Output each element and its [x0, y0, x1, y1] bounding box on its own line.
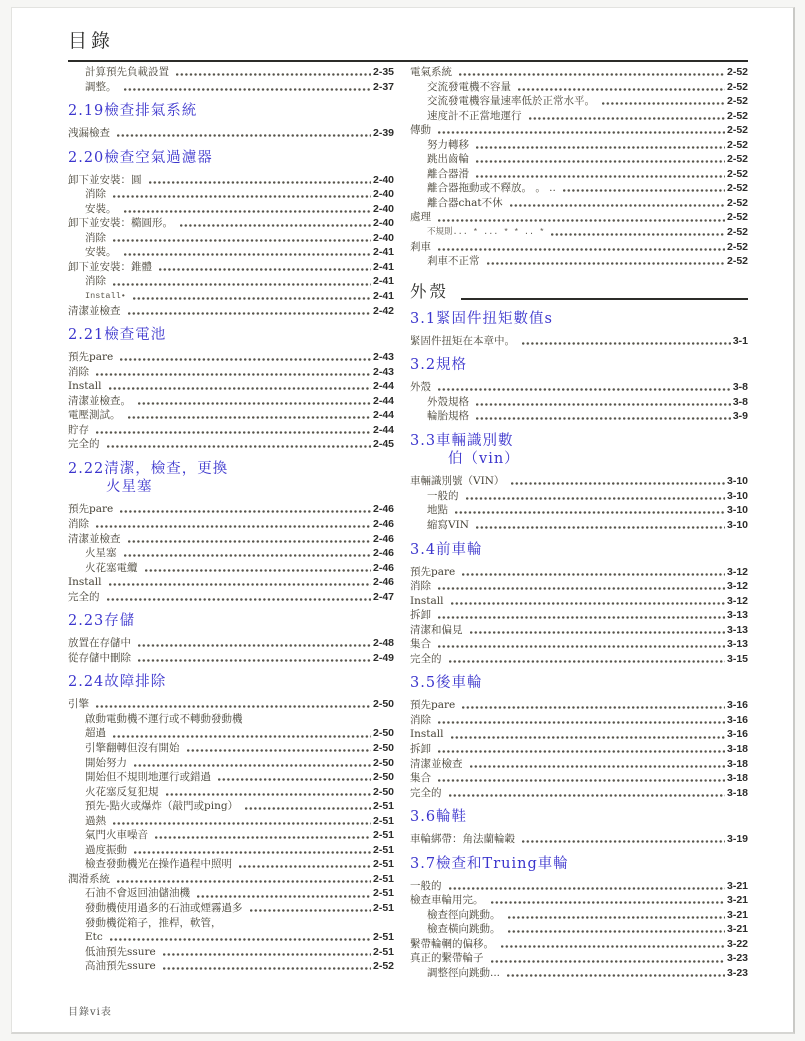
toc-page-number: 3-21 [727, 908, 748, 923]
toc-entry[interactable]: 開始努力2-50 [68, 756, 394, 771]
chapter-heading: 2.24故障排除 [68, 673, 394, 692]
dot-leader [107, 444, 371, 449]
toc-page-number: 2-44 [373, 423, 394, 438]
toc-entry-text: 剎車 [410, 240, 431, 255]
toc-entry[interactable]: Install2-46 [68, 575, 394, 590]
dot-leader [138, 658, 371, 663]
toc-columns: 計算預先負載設置2-35調整。2-372.19檢查排氣系統洩漏檢查2-392.2… [68, 65, 748, 981]
toc-entry[interactable]: Install3-12 [410, 594, 748, 609]
toc-entry[interactable]: 檢查徑向跳動。3-21 [410, 908, 748, 923]
toc-entry-text: 清潔並檢查 [68, 304, 121, 319]
dot-leader [133, 296, 371, 301]
dot-leader [455, 510, 725, 515]
dot-leader [124, 252, 371, 257]
toc-page-number: 3-10 [727, 489, 748, 504]
toc-page-number: 2-46 [373, 502, 394, 517]
toc-entry[interactable]: 啟動電動機不運行或不轉動發動機 [68, 712, 394, 727]
toc-page-number: 2-52 [727, 210, 748, 225]
toc-page-number: 2-51 [373, 799, 394, 814]
toc-entry[interactable]: 調整。2-37 [68, 80, 394, 95]
toc-page-number: 3-1 [733, 334, 748, 349]
toc-entry[interactable]: Install•2-41 [68, 289, 394, 304]
dot-leader [149, 180, 371, 185]
dot-leader [113, 282, 371, 287]
toc-entry-text: 消除 [410, 579, 431, 594]
toc-entry[interactable]: 預先pare2-43 [68, 350, 394, 365]
dot-leader [176, 72, 371, 77]
toc-entry-text: 不規則... * ... * * .. * [427, 225, 544, 240]
toc-entry-text: 卸下並安裝：圓 [68, 173, 142, 188]
toc-entry[interactable]: 不規則... * ... * * .. *2-52 [410, 225, 748, 240]
toc-entry[interactable]: Etc2-51 [68, 930, 394, 945]
toc-entry[interactable]: 跳出齒輪2-52 [410, 152, 748, 167]
toc-entry-text: 集合 [410, 637, 431, 652]
toc-entry[interactable]: 洩漏檢查2-39 [68, 126, 394, 141]
toc-entry-text: 消除 [85, 187, 106, 202]
toc-page-number: 3-8 [733, 380, 748, 395]
toc-page-number: 3-16 [727, 713, 748, 728]
dot-leader [449, 886, 725, 891]
toc-entry[interactable]: 過熱2-51 [68, 814, 394, 829]
toc-entry-text: 高油預先ssure [85, 959, 156, 974]
toc-page-number: 3-12 [727, 579, 748, 594]
toc-entry[interactable]: 安裝。2-41 [68, 245, 394, 260]
dot-leader [476, 402, 731, 407]
toc-page-number: 3-13 [727, 608, 748, 623]
chapter-heading-line: 2.23存儲 [68, 612, 394, 631]
dot-leader [110, 937, 371, 942]
toc-entry[interactable]: 完全的2-47 [68, 590, 394, 605]
toc-entry[interactable]: 貯存2-44 [68, 423, 394, 438]
dot-leader [163, 966, 371, 971]
toc-entry-text: 卸下並安裝：橢圓形。 [68, 216, 173, 231]
toc-page-number: 2-52 [727, 167, 748, 182]
toc-entry-text: Install [68, 379, 102, 394]
toc-entry-text: 清潔並檢查 [410, 757, 463, 772]
toc-entry[interactable]: 消除3-16 [410, 713, 748, 728]
toc-page-number: 2-51 [373, 814, 394, 829]
dot-leader [451, 735, 725, 740]
toc-entry[interactable]: 清潔並檢查2-46 [68, 532, 394, 547]
dot-leader [438, 247, 725, 252]
toc-page-number: 2-39 [373, 126, 394, 141]
toc-entry-text: 預先-點火或爆炸（敲門或ping） [85, 799, 238, 814]
toc-entry-text: 超過 [85, 726, 106, 741]
toc-entry[interactable]: 拆卸3-18 [410, 742, 748, 757]
dot-leader [120, 357, 371, 362]
toc-entry[interactable]: 電壓測試。2-44 [68, 408, 394, 423]
toc-entry-text: 預先pare [410, 698, 455, 713]
chapter-heading-line: 2.24故障排除 [68, 673, 394, 692]
toc-page-number: 2-42 [373, 304, 394, 319]
toc-entry[interactable]: 交流發電機容量速率低於正常水平。2-52 [410, 94, 748, 109]
toc-entry[interactable]: 努力轉移2-52 [410, 138, 748, 153]
chapter-heading-line: 3.2規格 [410, 356, 748, 375]
dot-leader [107, 597, 371, 602]
dot-leader [124, 553, 371, 558]
toc-entry[interactable]: 卸下並安裝：圓2-40 [68, 173, 394, 188]
toc-entry[interactable]: Install3-16 [410, 727, 748, 742]
toc-column-left: 計算預先負載設置2-35調整。2-372.19檢查排氣系統洩漏檢查2-392.2… [68, 65, 394, 981]
toc-entry[interactable]: 開始但不規則地運行或錯過2-50 [68, 770, 394, 785]
page-title: 目錄 [68, 26, 748, 53]
toc-entry[interactable]: 完全的2-45 [68, 437, 394, 452]
toc-page-number: 2-52 [727, 152, 748, 167]
toc-entry[interactable]: 火花塞電纜2-46 [68, 561, 394, 576]
toc-entry[interactable]: 真正的繫帶輪子3-23 [410, 951, 748, 966]
toc-page-number: 2-50 [373, 785, 394, 800]
toc-page-number: 2-46 [373, 517, 394, 532]
toc-entry-text: 過度振動 [85, 843, 127, 858]
toc-entry[interactable]: 清潔並檢查2-42 [68, 304, 394, 319]
toc-page-number: 2-49 [373, 651, 394, 666]
toc-entry-text: 開始努力 [85, 756, 127, 771]
toc-entry[interactable]: 一般的3-21 [410, 879, 748, 894]
toc-entry-text: 電氣系統 [410, 65, 452, 80]
toc-entry[interactable]: 卸下並安裝：錐體2-41 [68, 260, 394, 275]
chapter-heading-line: 伯（vin） [410, 450, 748, 469]
chapter-heading-line: 3.3車輛識別數 [410, 432, 748, 451]
header-rule [68, 60, 748, 62]
toc-page-number: 2-41 [373, 245, 394, 260]
toc-page-number: 2-51 [373, 886, 394, 901]
toc-entry[interactable]: 集合3-18 [410, 771, 748, 786]
toc-entry-text: 消除 [68, 517, 89, 532]
toc-entry[interactable]: 消除2-40 [68, 231, 394, 246]
toc-entry[interactable]: 車輛識別號（VIN）3-10 [410, 474, 748, 489]
toc-entry[interactable]: 地點3-10 [410, 503, 748, 518]
toc-entry-text: 清潔並檢查 [68, 532, 121, 547]
toc-page-number: 3-16 [727, 727, 748, 742]
dot-leader [163, 952, 371, 957]
toc-entry[interactable]: 火星塞2-46 [68, 546, 394, 561]
dot-leader [470, 630, 725, 635]
toc-entry[interactable]: 過度振動2-51 [68, 843, 394, 858]
toc-entry[interactable]: 清潔並檢查。2-44 [68, 394, 394, 409]
toc-entry[interactable]: 消除3-12 [410, 579, 748, 594]
toc-entry[interactable]: 交流發電機不容量2-52 [410, 80, 748, 95]
dot-leader [438, 778, 725, 783]
toc-entry[interactable]: 一般的3-10 [410, 489, 748, 504]
dot-leader [166, 792, 371, 797]
toc-entry-text: 計算預先負載設置 [85, 65, 169, 80]
dot-leader [491, 959, 725, 964]
scanned-page: 目錄 計算預先負載設置2-35調整。2-372.19檢查排氣系統洩漏檢查2-39… [11, 7, 795, 1034]
toc-entry[interactable]: 完全的3-15 [410, 652, 748, 667]
toc-page-number: 2-50 [373, 770, 394, 785]
toc-entry[interactable]: 速度計不正當地運行2-52 [410, 109, 748, 124]
toc-entry-text: 檢查車輪用完。 [410, 893, 484, 908]
chapter-heading: 3.2規格 [410, 356, 748, 375]
toc-entry-text: 集合 [410, 771, 431, 786]
toc-page-number: 3-19 [727, 832, 748, 847]
toc-entry-text: 交流發電機容量速率低於正常水平。 [427, 94, 595, 109]
toc-entry-text: 火花塞反复犯規 [85, 785, 159, 800]
dot-leader [134, 763, 371, 768]
dot-leader [451, 601, 725, 606]
toc-entry[interactable]: 車輪綁帶：角法蘭輪轂3-19 [410, 832, 748, 847]
toc-page-number: 2-52 [727, 181, 748, 196]
toc-page-number: 2-41 [373, 260, 394, 275]
toc-entry-text: 速度計不正當地運行 [427, 109, 522, 124]
toc-entry-text: 調整。 [85, 80, 117, 95]
toc-column-right: 電氣系統2-52交流發電機不容量2-52交流發電機容量速率低於正常水平。2-52… [410, 65, 748, 981]
dot-leader [109, 582, 371, 587]
toc-entry-text: 完全的 [68, 590, 100, 605]
toc-page-number: 2-52 [727, 196, 748, 211]
dot-leader [459, 72, 725, 77]
toc-entry[interactable]: 消除2-40 [68, 187, 394, 202]
dot-leader [145, 568, 371, 573]
toc-page-number: 3-18 [727, 771, 748, 786]
dot-leader [476, 174, 725, 179]
toc-page-number: 2-50 [373, 741, 394, 756]
chapter-heading-line: 2.20檢查空氣過濾器 [68, 149, 394, 168]
chapter-heading-line: 3.1緊固件扭矩數值s [410, 310, 748, 329]
dot-leader [138, 401, 371, 406]
toc-page-number: 2-46 [373, 532, 394, 547]
dot-leader [159, 267, 371, 272]
toc-page-number: 3-18 [727, 786, 748, 801]
toc-page-number: 2-46 [373, 561, 394, 576]
toc-entry[interactable]: 低油預先ssure2-51 [68, 945, 394, 960]
toc-page-number: 3-10 [727, 518, 748, 533]
toc-entry-text: 預先pare [68, 350, 113, 365]
toc-entry[interactable]: 繫帶輪輞的偏移。3-22 [410, 937, 748, 952]
section-title-text: 外殼 [410, 282, 449, 302]
dot-leader [117, 879, 371, 884]
toc-page-number: 2-46 [373, 546, 394, 561]
dot-leader [117, 133, 371, 138]
dot-leader [529, 116, 725, 121]
toc-entry[interactable]: 消除2-43 [68, 365, 394, 380]
toc-entry[interactable]: 引擎翻轉但沒有開始2-50 [68, 741, 394, 756]
toc-page-number: 3-8 [733, 395, 748, 410]
toc-entry[interactable]: 集合3-13 [410, 637, 748, 652]
toc-entry[interactable]: 消除2-46 [68, 517, 394, 532]
toc-entry-text: 預先pare [410, 565, 455, 580]
toc-entry[interactable]: 從存儲中刪除2-49 [68, 651, 394, 666]
toc-entry[interactable]: 剎車不正常2-52 [410, 254, 748, 269]
toc-entry[interactable]: 超過2-50 [68, 726, 394, 741]
toc-page-number: 2-44 [373, 394, 394, 409]
toc-entry-text: 檢查徑向跳動。 [427, 908, 501, 923]
toc-page-number: 3-16 [727, 698, 748, 713]
toc-entry-text: 安裝。 [85, 245, 117, 260]
dot-leader [462, 705, 725, 710]
toc-page-number: 2-48 [373, 636, 394, 651]
dot-leader [518, 87, 725, 92]
dot-leader [522, 839, 725, 844]
toc-entry-text: 安裝。 [85, 202, 117, 217]
toc-entry[interactable]: 放置在存儲中2-48 [68, 636, 394, 651]
toc-entry[interactable]: 石油不會返回油儲油機2-51 [68, 886, 394, 901]
dot-leader [438, 644, 725, 649]
toc-entry-text: 從存儲中刪除 [68, 651, 131, 666]
toc-entry-text: 氣門火車噪音 [85, 828, 148, 843]
toc-entry[interactable]: 預先-點火或爆炸（敲門或ping）2-51 [68, 799, 394, 814]
toc-entry[interactable]: 檢查橫向跳動。3-21 [410, 922, 748, 937]
toc-page-number: 2-41 [373, 274, 394, 289]
dot-leader [138, 643, 371, 648]
dot-leader [476, 159, 725, 164]
toc-page-number: 3-10 [727, 474, 748, 489]
toc-entry[interactable]: 安裝。2-40 [68, 202, 394, 217]
toc-entry-text: 離合器滑 [427, 167, 469, 182]
toc-page-number: 2-52 [727, 80, 748, 95]
dot-leader [96, 430, 371, 435]
dot-leader [501, 944, 725, 949]
toc-entry[interactable]: 調整徑向跳動...3-23 [410, 966, 748, 981]
dot-leader [96, 372, 371, 377]
toc-entry[interactable]: Install2-44 [68, 379, 394, 394]
toc-entry[interactable]: 輪胎規格3-9 [410, 409, 748, 424]
toc-page-number: 2-52 [727, 123, 748, 138]
dot-leader [120, 509, 371, 514]
toc-entry[interactable]: 處理2-52 [410, 210, 748, 225]
toc-entry[interactable]: 檢查發動機光在操作過程中照明2-51 [68, 857, 394, 872]
toc-page-number: 3-21 [727, 879, 748, 894]
section-rule [461, 298, 748, 300]
dot-leader [449, 793, 725, 798]
dot-leader [438, 615, 725, 620]
toc-page-number: 2-52 [727, 225, 748, 240]
toc-entry[interactable]: 外殼規格3-8 [410, 395, 748, 410]
toc-entry-text: 車輪綁帶：角法蘭輪轂 [410, 832, 515, 847]
toc-entry-text: 外殼規格 [427, 395, 469, 410]
chapter-heading-line: 2.22清潔，檢查，更換 [68, 460, 394, 479]
dot-leader [602, 101, 725, 106]
toc-entry-text: 完全的 [410, 652, 442, 667]
toc-page-number: 2-40 [373, 202, 394, 217]
toc-entry-text: 消除 [68, 365, 89, 380]
toc-entry[interactable]: 拆卸3-13 [410, 608, 748, 623]
toc-page-number: 2-52 [727, 254, 748, 269]
toc-entry-text: 啟動電動機不運行或不轉動發動機 [85, 712, 243, 727]
toc-page-number: 2-40 [373, 187, 394, 202]
toc-content: 目錄 計算預先負載設置2-35調整。2-372.19檢查排氣系統洩漏檢查2-39… [68, 26, 748, 981]
toc-entry[interactable]: 預先pare3-12 [410, 565, 748, 580]
toc-entry[interactable]: 完全的3-18 [410, 786, 748, 801]
chapter-heading: 2.19檢查排氣系統 [68, 102, 394, 121]
toc-page-number: 2-51 [373, 901, 394, 916]
toc-entry-text: 處理 [410, 210, 431, 225]
toc-page-number: 2-52 [727, 240, 748, 255]
toc-entry-text: Install• [85, 289, 126, 304]
toc-page-number: 2-51 [373, 828, 394, 843]
toc-entry[interactable]: 離合器拖動或不釋放。 。 ..2-52 [410, 181, 748, 196]
toc-entry-text: 離合器chat不休 [427, 196, 503, 211]
dot-leader [511, 481, 725, 486]
toc-entry[interactable]: 潤滑系統2-51 [68, 872, 394, 887]
dot-leader [462, 572, 725, 577]
toc-entry-text: 調整徑向跳動... [427, 966, 500, 981]
toc-page-number: 3-9 [733, 409, 748, 424]
toc-entry[interactable]: 清潔並檢查3-18 [410, 757, 748, 772]
toc-page-number: 3-21 [727, 922, 748, 937]
chapter-heading: 3.6輪鞋 [410, 808, 748, 827]
toc-entry[interactable]: 離合器chat不休2-52 [410, 196, 748, 211]
toc-entry[interactable]: 清潔和偏見3-13 [410, 623, 748, 638]
toc-page-number: 3-13 [727, 623, 748, 638]
dot-leader [187, 748, 371, 753]
chapter-heading-line: 3.7檢查和Truing車輪 [410, 855, 748, 874]
toc-entry[interactable]: 預先pare2-46 [68, 502, 394, 517]
toc-entry-text: 剎車不正常 [427, 254, 480, 269]
dot-leader [508, 929, 725, 934]
dot-leader [109, 386, 371, 391]
dot-leader [438, 586, 725, 591]
toc-entry[interactable]: 氣門火車噪音2-51 [68, 828, 394, 843]
toc-entry-text: 消除 [85, 231, 106, 246]
toc-page-number: 2-40 [373, 216, 394, 231]
dot-leader [491, 900, 725, 905]
toc-entry-text: 輪胎規格 [427, 409, 469, 424]
toc-entry[interactable]: 計算預先負載設置2-35 [68, 65, 394, 80]
toc-entry[interactable]: 檢查車輪用完。3-21 [410, 893, 748, 908]
toc-entry-text: 拆卸 [410, 608, 431, 623]
toc-entry[interactable]: 外殼3-8 [410, 380, 748, 395]
toc-entry[interactable]: 發動機使用過多的石油或煙霧過多2-51 [68, 901, 394, 916]
toc-entry-text: 繫帶輪輞的偏移。 [410, 937, 494, 952]
dot-leader [487, 261, 725, 266]
toc-entry-text: 地點 [427, 503, 448, 518]
toc-entry-text: 縮寫VIN [427, 518, 469, 533]
toc-entry[interactable]: 火花塞反复犯規2-50 [68, 785, 394, 800]
chapter-heading: 2.22清潔，檢查，更換火星塞 [68, 460, 394, 497]
toc-page-number: 2-37 [373, 80, 394, 95]
dot-leader [510, 203, 725, 208]
dot-leader [218, 777, 371, 782]
toc-entry-text: 緊固件扭矩在本章中。 [410, 334, 515, 349]
toc-page-number: 2-51 [373, 945, 394, 960]
dot-leader [250, 908, 371, 913]
toc-page-number: 2-46 [373, 575, 394, 590]
toc-entry-text: 發動機從箱子，推桿，軟管， [85, 916, 222, 931]
dot-leader [245, 806, 371, 811]
toc-page-number: 2-40 [373, 173, 394, 188]
toc-entry[interactable]: 電氣系統2-52 [410, 65, 748, 80]
toc-entry[interactable]: 剎車2-52 [410, 240, 748, 255]
dot-leader [128, 311, 371, 316]
toc-entry-text: 真正的繫帶輪子 [410, 951, 484, 966]
toc-page-number: 3-21 [727, 893, 748, 908]
toc-entry-text: 完全的 [410, 786, 442, 801]
toc-entry[interactable]: 預先pare3-16 [410, 698, 748, 713]
toc-entry[interactable]: 高油預先ssure2-52 [68, 959, 394, 974]
toc-page-number: 2-43 [373, 365, 394, 380]
toc-entry[interactable]: 發動機從箱子，推桿，軟管， [68, 916, 394, 931]
toc-entry[interactable]: 緊固件扭矩在本章中。3-1 [410, 334, 748, 349]
toc-page-number: 2-35 [373, 65, 394, 80]
toc-entry-text: 預先pare [68, 502, 113, 517]
dot-leader [113, 734, 371, 739]
toc-entry-text: 開始但不規則地運行或錯過 [85, 770, 211, 785]
toc-entry[interactable]: 卸下並安裝：橢圓形。2-40 [68, 216, 394, 231]
toc-entry-text: 低油預先ssure [85, 945, 156, 960]
toc-page-number: 2-50 [373, 726, 394, 741]
dot-leader [563, 188, 725, 193]
toc-entry[interactable]: 消除2-41 [68, 274, 394, 289]
toc-entry[interactable]: 離合器滑2-52 [410, 167, 748, 182]
toc-entry[interactable]: 引擎2-50 [68, 697, 394, 712]
toc-entry-text: 車輛識別號（VIN） [410, 474, 504, 489]
toc-entry[interactable]: 傳動2-52 [410, 123, 748, 138]
toc-entry-text: 火星塞 [85, 546, 117, 561]
toc-entry[interactable]: 縮寫VIN3-10 [410, 518, 748, 533]
dot-leader [470, 764, 725, 769]
toc-page-number: 2-44 [373, 379, 394, 394]
